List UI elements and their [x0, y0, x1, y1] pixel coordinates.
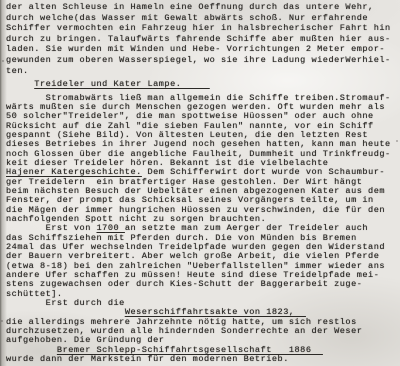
text-segment: wurde dann der Markstein für den moderne… — [6, 354, 289, 364]
text-segment: durch welche(das Wasser mit Gewalt abwär… — [6, 13, 368, 23]
text-line: wurde dann der Markstein für den moderne… — [6, 355, 400, 364]
text-line: stens zugewachsen oder durch Kies-Schutt… — [6, 280, 400, 289]
text-line: laden. Sie wurden mit Winden und Hebe- V… — [6, 44, 400, 55]
text-segment: Schiffer vermochten ein Fahrzeug hier in… — [6, 23, 391, 33]
text-segment: ten. — [6, 66, 29, 76]
text-segment: der alten Schleuse in Hameln eine Oeffnu… — [6, 2, 374, 12]
scanned-document-page: der alten Schleuse in Hameln eine Oeffnu… — [0, 0, 400, 366]
section-heading: Treideler und Kater Lampe. — [6, 80, 400, 89]
paper-speck — [396, 140, 398, 142]
paper-speck — [1, 320, 3, 322]
text-line: ten. — [6, 66, 400, 77]
text-segment: gewunden zum oberen Wasserspiegel, wo si… — [6, 55, 391, 65]
text-line: der alten Schleuse in Hameln eine Oeffnu… — [6, 2, 400, 13]
text-line: durch welche(das Wasser mit Gewalt abwär… — [6, 13, 400, 24]
text-segment: laden. Sie wurden mit Winden und Hebe- V… — [6, 44, 385, 54]
underlined-text-segment: Treideler und Kater Lampe. — [34, 79, 209, 89]
paper-speck — [2, 60, 4, 62]
document-text-body: der alten Schleuse in Hameln eine Oeffnu… — [0, 0, 400, 366]
text-line: durch zu bringen. Talaufwärts fahrende S… — [6, 34, 400, 45]
text-line: Schiffer vermochten ein Fahrzeug hier in… — [6, 23, 400, 34]
text-line: gewunden zum oberen Wasserspiegel, wo si… — [6, 55, 400, 66]
text-segment — [6, 79, 34, 89]
text-segment: durch zu bringen. Talaufwärts fahrende S… — [6, 34, 391, 44]
